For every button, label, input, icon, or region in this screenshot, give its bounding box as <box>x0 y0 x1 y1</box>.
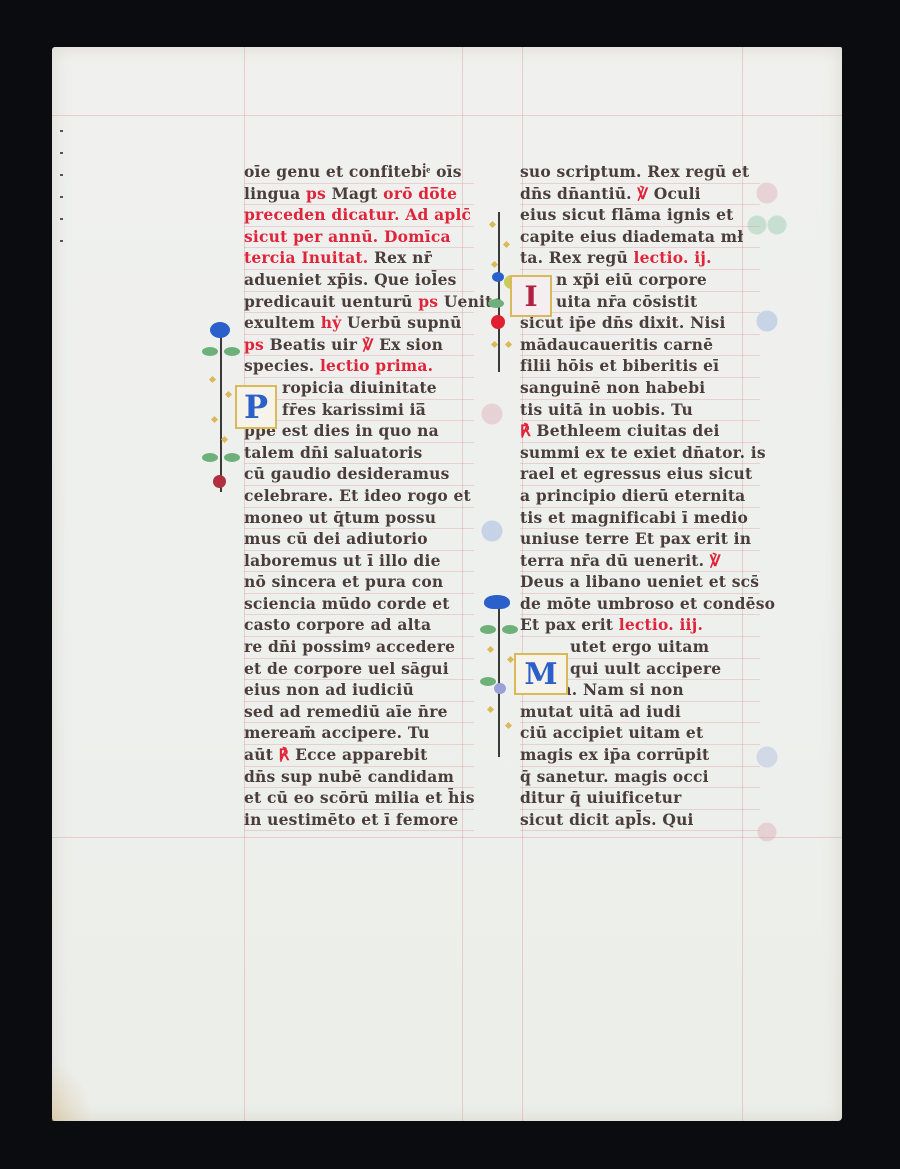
body-text: et cū eo scōrū milia et h̄is <box>244 788 475 807</box>
ruling-line <box>52 837 842 838</box>
body-text: ditur q̄ uiuificetur <box>520 788 682 807</box>
body-text: moneo ut q̄tum possu <box>244 508 436 527</box>
text-line: ℟ Bethleem ciuitas dei <box>520 421 760 443</box>
illuminated-initial-m: M <box>514 653 568 695</box>
text-line: rael et egressus eius sicut <box>520 464 760 486</box>
body-text: filii hōis et biberitis eī <box>520 356 719 375</box>
text-line: ditur q̄ uiuificetur <box>520 788 760 810</box>
body-text: fr̄es karissimi ia̅ <box>282 400 426 419</box>
text-line: ciū accipiet uitam et <box>520 723 760 745</box>
gold-leaf-icon <box>491 341 498 348</box>
text-line: ta. Rex regū lectio. ij. <box>520 248 760 270</box>
gold-leaf-icon <box>487 706 494 713</box>
text-line: talem dn̄i saluatoris <box>244 443 474 465</box>
illuminated-initial-p: P <box>235 385 277 429</box>
text-column-left: oīe genu et confitebi̇ͤ oīslingua ps Mag… <box>244 162 474 831</box>
body-text: casto corpore ad alta <box>244 615 431 634</box>
pricking-mark <box>60 152 63 154</box>
body-text: sed ad remediū aīe n̄re <box>244 702 448 721</box>
body-text: ropicia diuinitate <box>282 378 437 397</box>
gold-leaf-icon <box>487 646 494 653</box>
text-line: a principio dierū eternita <box>520 486 760 508</box>
text-line: casto corpore ad alta <box>244 615 474 637</box>
body-text: exultem <box>244 313 321 332</box>
text-line: oīe genu et confitebi̇ͤ oīs <box>244 162 474 184</box>
red-berry-icon <box>491 315 505 329</box>
leaf-icon <box>502 625 518 634</box>
body-text: Deus a libano ueniet et scs̄ <box>520 572 759 591</box>
blue-flower-icon <box>492 272 504 282</box>
text-line: eius sicut flāma ignis et <box>520 205 760 227</box>
rubric-text: hẏ <box>321 313 347 332</box>
body-text: Ex sion <box>379 335 443 354</box>
text-line: summi ex te exiet dn̄ator. is <box>520 443 760 465</box>
body-text: lingua <box>244 184 306 203</box>
text-line: fr̄es karissimi ia̅ <box>244 400 474 422</box>
text-line: n xp̄i eiū corpore <box>520 270 760 292</box>
rubric-text: ℣ <box>363 335 379 354</box>
body-text: suo scriptum. Rex regū et <box>520 162 749 181</box>
body-text: re dn̄i possimꝰ accedere <box>244 637 455 656</box>
text-line: sanguinē non habebi <box>520 378 760 400</box>
body-text: eius sicut flāma ignis et <box>520 205 734 224</box>
rubric-text: ps <box>418 292 444 311</box>
pricking-mark <box>60 174 63 176</box>
text-line: dn̄s sup nubē candidam <box>244 767 474 789</box>
body-text: capite eius diademata mł <box>520 227 743 246</box>
body-text: et de corpore uel sāgui <box>244 659 449 678</box>
body-text: dn̄s dn̄antiū. <box>520 184 637 203</box>
rubric-text: sicut per annū. Domīca <box>244 227 451 246</box>
text-line: et cū eo scōrū milia et h̄is <box>244 788 474 810</box>
body-text: tis et magnificabi ī medio <box>520 508 748 527</box>
body-text: summi ex te exiet dn̄ator. is <box>520 443 766 462</box>
text-line: et de corpore uel sāgui <box>244 659 474 681</box>
body-text: predicauit uenturū <box>244 292 418 311</box>
leaf-icon <box>224 453 240 462</box>
leaf-icon <box>480 625 496 634</box>
body-text: eius non ad iudiciū <box>244 680 414 699</box>
rubric-text: ps <box>306 184 332 203</box>
text-line: tis et magnificabi ī medio <box>520 508 760 530</box>
body-text: q̄ sanetur. magis occi <box>520 767 709 786</box>
pricking-mark <box>60 218 63 220</box>
pricking-mark <box>60 196 63 198</box>
text-line: capite eius diademata mł <box>520 227 760 249</box>
text-line: ropicia diuinitate <box>244 378 474 400</box>
text-line: lingua ps Magt orō do̅te <box>244 184 474 206</box>
body-text: uniuse terre Et pax erit in <box>520 529 751 548</box>
gold-leaf-icon <box>505 341 512 348</box>
gold-leaf-icon <box>225 391 232 398</box>
text-line: cū gaudio desideramus <box>244 464 474 486</box>
text-line: meream̄ accipere. Tu <box>244 723 474 745</box>
text-line: ps Beatis uir ℣ Ex sion <box>244 335 474 357</box>
text-line: preceden dicatur. Ad aplc̄ <box>244 205 474 227</box>
text-column-right: suo scriptum. Rex regū etdn̄s dn̄antiū. … <box>520 162 760 831</box>
text-line: magis ex ip̄a corrūpit <box>520 745 760 767</box>
text-line: mādaucaueritis carnē <box>520 335 760 357</box>
lavender-flower-icon <box>494 683 506 694</box>
text-line: sicut per annū. Domīca <box>244 227 474 249</box>
text-line: nō sincera et pura con <box>244 572 474 594</box>
text-line: mutat uitā ad iudi <box>520 702 760 724</box>
text-line: species. lectio prima. <box>244 356 474 378</box>
body-text: aūt <box>244 745 279 764</box>
body-text: a principio dierū eternita <box>520 486 745 505</box>
rubric-text: orō do̅te <box>383 184 457 203</box>
body-text: magis ex ip̄a corrūpit <box>520 745 709 764</box>
text-line: eius non ad iudiciū <box>244 680 474 702</box>
rubric-text: ℣ <box>710 551 721 570</box>
body-text: Et pax erit <box>520 615 619 634</box>
body-text: cū gaudio desideramus <box>244 464 450 483</box>
gold-leaf-icon <box>505 722 512 729</box>
rubric-text: lectio. iij. <box>619 615 703 634</box>
text-line: dn̄s dn̄antiū. ℣ Oculi <box>520 184 760 206</box>
text-line: laboremus ut ī illo die <box>244 551 474 573</box>
text-line: uniuse terre Et pax erit in <box>520 529 760 551</box>
gold-leaf-icon <box>211 416 218 423</box>
text-line: de mōte umbroso et condēso <box>520 594 760 616</box>
body-text: celebrare. Et ideo rogo et <box>244 486 471 505</box>
body-text: Bethleem ciuitas dei <box>536 421 719 440</box>
text-line: exultem hẏ Uerbū supnū <box>244 313 474 335</box>
rubric-text: ℟ <box>520 421 536 440</box>
text-line: uita nr̄a cōsistit <box>520 292 760 314</box>
leaf-icon <box>480 677 496 686</box>
gold-leaf-icon <box>221 436 228 443</box>
blue-flower-icon <box>484 595 510 609</box>
text-line: terra nr̄a dū uenerit. ℣ <box>520 551 760 573</box>
text-line: re dn̄i possimꝰ accedere <box>244 637 474 659</box>
pricking-mark <box>60 130 63 132</box>
body-text: Rex nr̄ <box>374 248 432 267</box>
body-text: terra nr̄a dū uenerit. <box>520 551 710 570</box>
body-text: mādaucaueritis carnē <box>520 335 713 354</box>
body-text: Magt <box>332 184 384 203</box>
gold-leaf-icon <box>491 261 498 268</box>
vellum-leaf: oīe genu et confitebi̇ͤ oīslingua ps Mag… <box>52 47 842 1121</box>
text-line: aūt ℟ Ecce apparebit <box>244 745 474 767</box>
body-text: uita nr̄a cōsistit <box>556 292 697 311</box>
body-text: mus cū dei adiutorio <box>244 529 428 548</box>
leaf-icon <box>224 347 240 356</box>
text-line: filii hōis et biberitis eī <box>520 356 760 378</box>
gold-leaf-icon <box>507 656 514 663</box>
gold-leaf-icon <box>503 241 510 248</box>
body-text: Ecce apparebit <box>295 745 427 764</box>
leaf-icon <box>202 347 218 356</box>
text-line: sicut ip̄e dn̄s dixit. Nisi <box>520 313 760 335</box>
gold-leaf-icon <box>489 221 496 228</box>
text-line: q̄ sanetur. magis occi <box>520 767 760 789</box>
text-line: in uestimēto et ī femore <box>244 810 474 832</box>
body-text: sicut dicit apl̄s. Qui <box>520 810 694 829</box>
pricking-mark <box>60 240 63 242</box>
body-text: oīe genu et confitebi̇ͤ oīs <box>244 162 462 181</box>
body-text: de mōte umbroso et condēso <box>520 594 775 613</box>
body-text: qui uult accipere <box>570 659 721 678</box>
leaf-icon <box>488 299 504 308</box>
rubric-text: tercia Inuitat. <box>244 248 374 267</box>
text-line: moneo ut q̄tum possu <box>244 508 474 530</box>
body-text: ta. Rex regū <box>520 248 634 267</box>
text-line: sciencia mūdo corde et <box>244 594 474 616</box>
text-line: Deus a libano ueniet et scs̄ <box>520 572 760 594</box>
text-line: celebrare. Et ideo rogo et <box>244 486 474 508</box>
body-text: in uestimēto et ī femore <box>244 810 458 829</box>
text-line: sed ad remediū aīe n̄re <box>244 702 474 724</box>
text-line: predicauit uenturū ps Uenite <box>244 292 474 314</box>
text-line: adueniet xp̄is. Que iol̄es <box>244 270 474 292</box>
ruling-line <box>52 115 842 116</box>
text-line: ppe est dies in quo na <box>244 421 474 443</box>
body-text: adueniet xp̄is. Que iol̄es <box>244 270 457 289</box>
body-text: talem dn̄i saluatoris <box>244 443 422 462</box>
text-line: suo scriptum. Rex regū et <box>520 162 760 184</box>
body-text: species. <box>244 356 320 375</box>
body-text: ciū accipiet uitam et <box>520 723 703 742</box>
body-text: n xp̄i eiū corpore <box>556 270 707 289</box>
text-line: Et pax erit lectio. iij. <box>520 615 760 637</box>
illuminated-initial-i: I <box>510 275 552 317</box>
body-text: sanguinē non habebi <box>520 378 705 397</box>
body-text: rael et egressus eius sicut <box>520 464 752 483</box>
text-line: sicut dicit apl̄s. Qui <box>520 810 760 832</box>
red-berry-icon <box>213 475 226 488</box>
body-text: utet ergo uitam <box>570 637 709 656</box>
body-text: Oculi <box>654 184 701 203</box>
text-line: mus cū dei adiutorio <box>244 529 474 551</box>
gold-leaf-icon <box>209 376 216 383</box>
rubric-text: lectio prima. <box>320 356 433 375</box>
body-text: tis uitā in uobis. Tu <box>520 400 693 419</box>
body-text: Uerbū supnū <box>347 313 462 332</box>
text-line: tercia Inuitat. Rex nr̄ <box>244 248 474 270</box>
rubric-text: preceden dicatur. Ad aplc̄ <box>244 205 471 224</box>
body-text: sciencia mūdo corde et <box>244 594 450 613</box>
rubric-text: ps <box>244 335 270 354</box>
rubric-text: lectio. ij. <box>634 248 712 267</box>
rubric-text: ℟ <box>279 745 295 764</box>
body-text: laboremus ut ī illo die <box>244 551 441 570</box>
body-text: nō sincera et pura con <box>244 572 443 591</box>
body-text: dn̄s sup nubē candidam <box>244 767 454 786</box>
rubric-text: ℣ <box>637 184 653 203</box>
body-text: Beatis uir <box>270 335 363 354</box>
leaf-icon <box>202 453 218 462</box>
blue-flower-icon <box>210 322 230 338</box>
body-text: meream̄ accipere. Tu <box>244 723 430 742</box>
body-text: mutat uitā ad iudi <box>520 702 681 721</box>
text-line: tis uitā in uobis. Tu <box>520 400 760 422</box>
